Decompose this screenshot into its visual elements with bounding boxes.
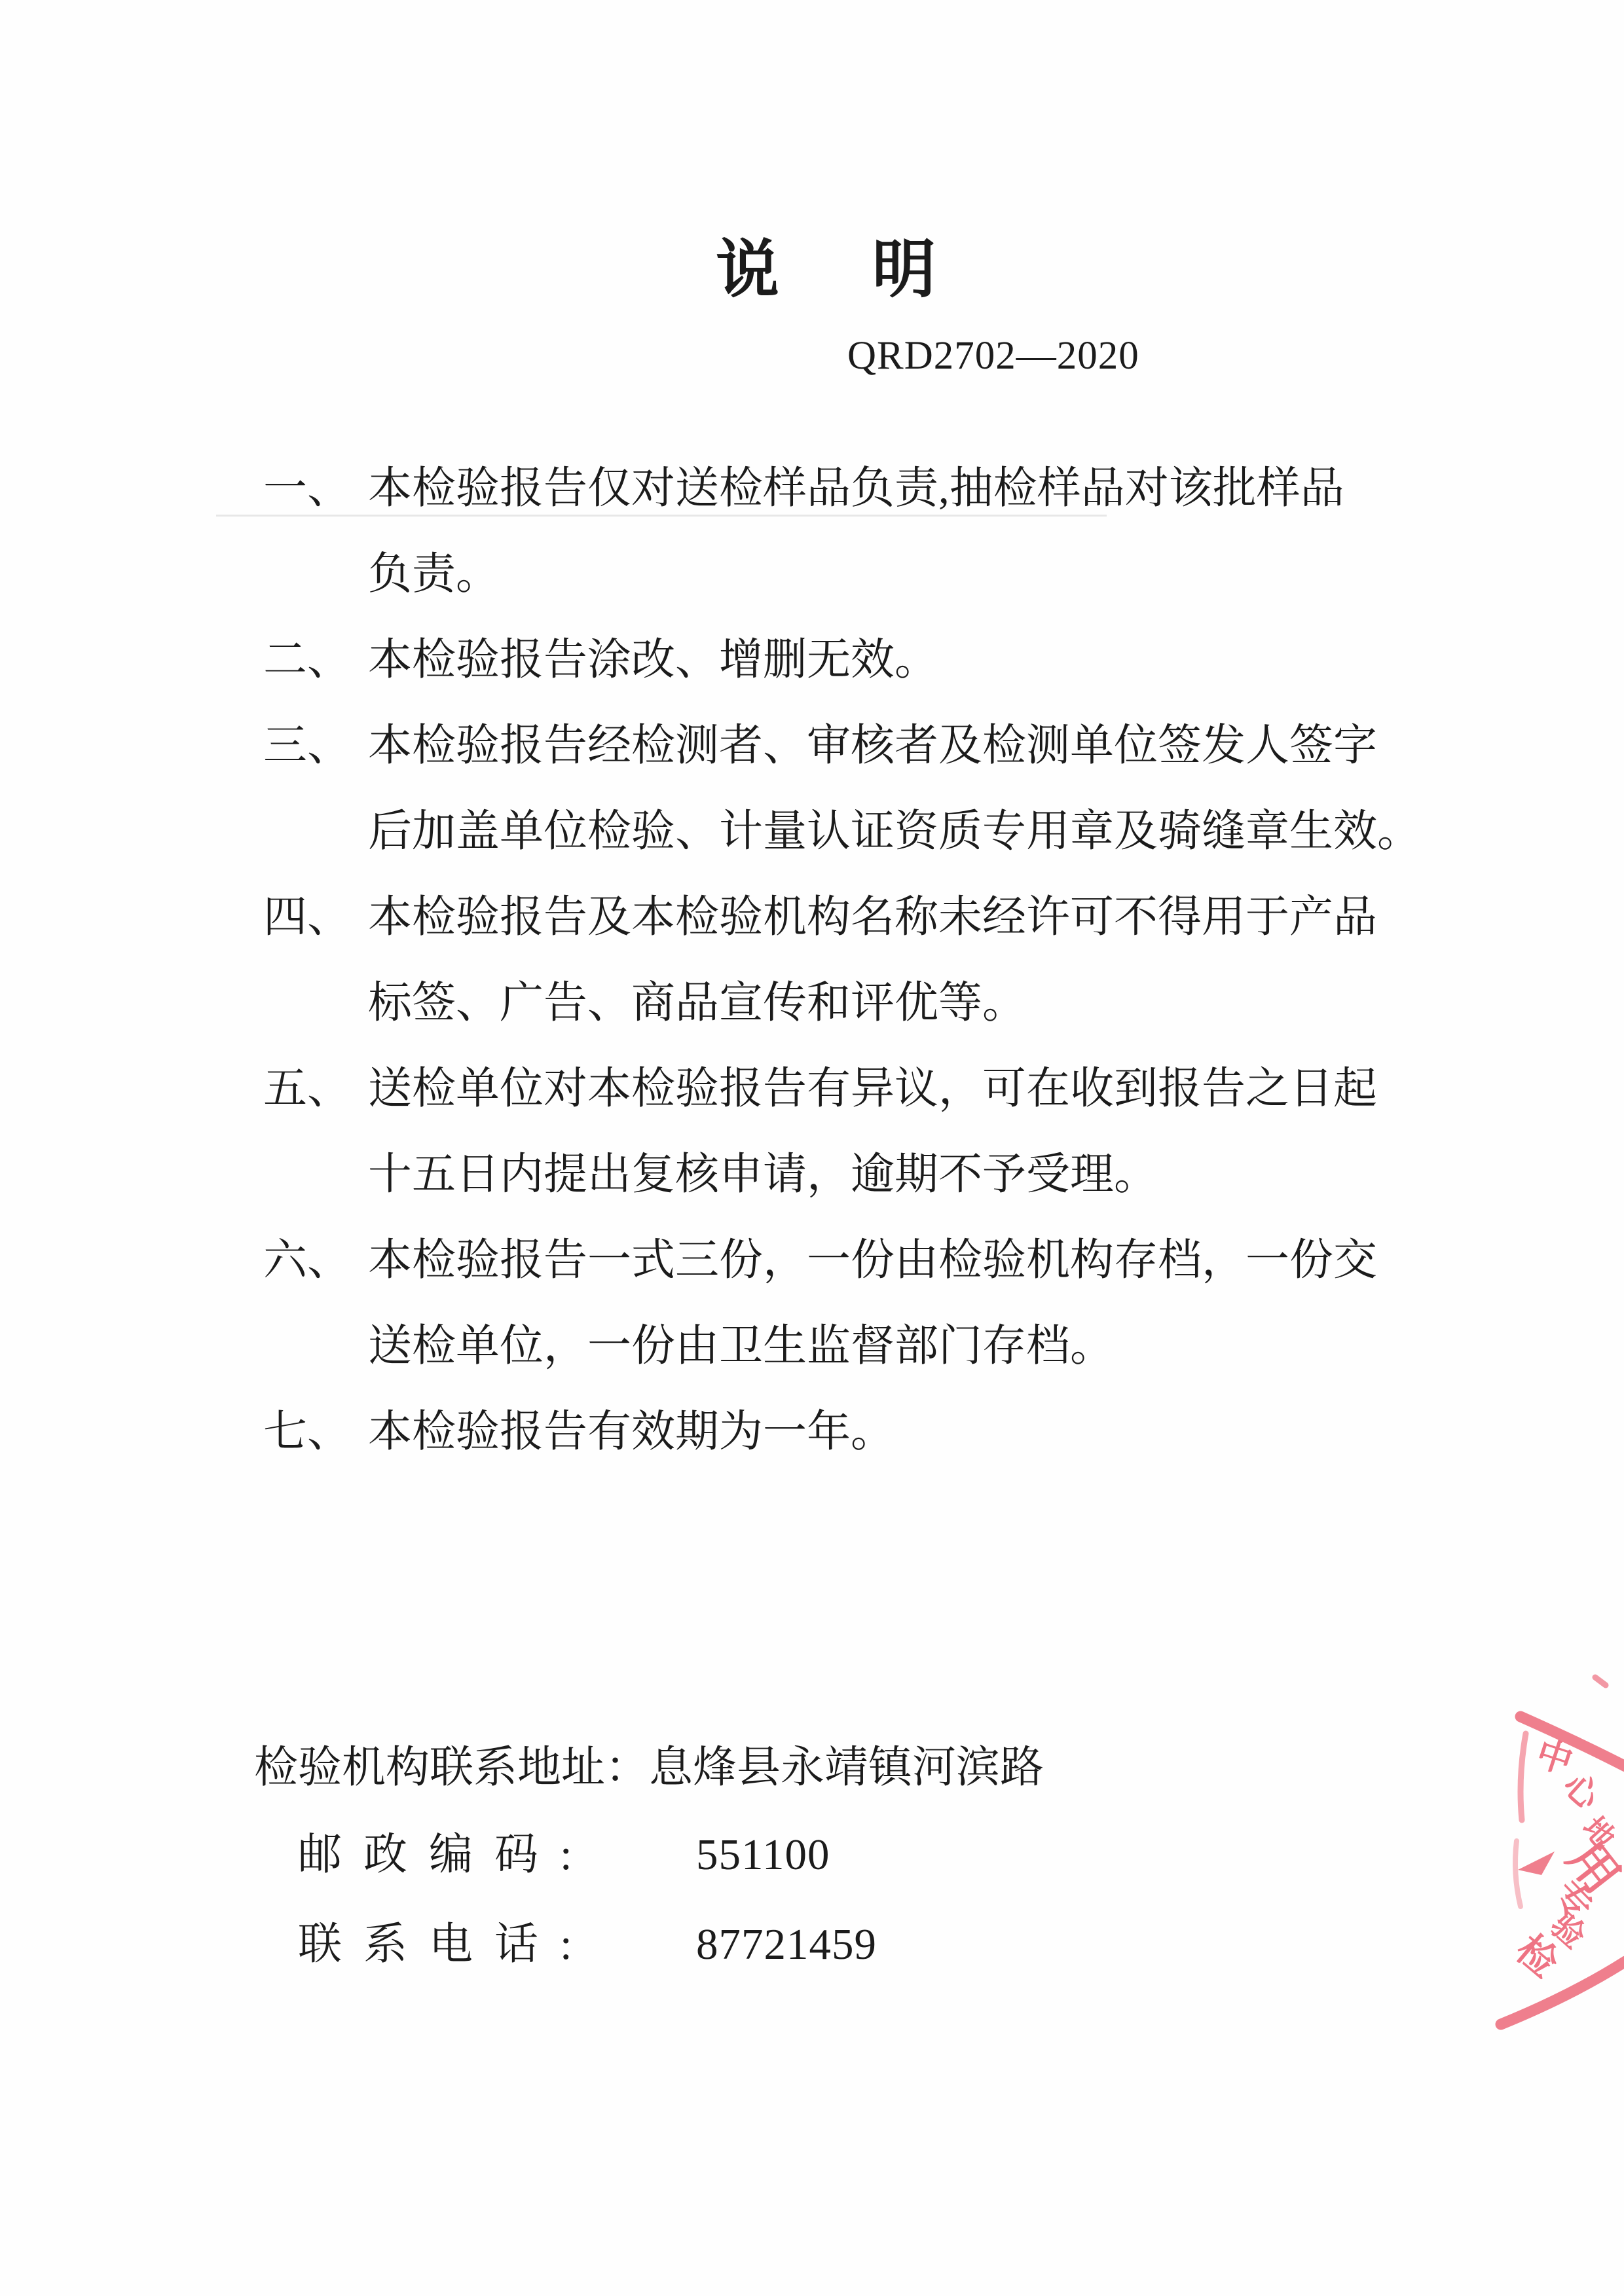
item-number: 四、: [263, 875, 368, 960]
agency-address-line: 检验机构联系地址：息烽县永靖镇河滨路: [254, 1725, 1044, 1811]
address-value: 息烽县永靖镇河滨路: [649, 1743, 1044, 1792]
phone-value: 87721459: [696, 1902, 877, 1988]
item-text: 送检单位，一份由卫生监督部门存档。: [368, 1322, 1114, 1370]
item-text: 本检验报告涂改、增删无效。: [368, 636, 938, 684]
item-text: 本检验报告仅对送检样品负责,抽检样品对该批样品: [368, 464, 1344, 513]
doc-code: QRD2702—2020: [847, 330, 1139, 382]
stamp-star-point: [1518, 1851, 1555, 1875]
address-label: 检验机构联系地址：: [254, 1743, 649, 1792]
list-item: 三、本检验报告经检测者、审核者及检测单位签发人签字 后加盖单位检验、计量认证资质…: [263, 703, 1416, 875]
item-text: 标签、广告、商品宣传和评优等。: [368, 979, 1026, 1027]
phone-label: 联系电话:: [298, 1920, 594, 1969]
item-number: 三、: [263, 703, 368, 789]
phone-line: 联系电话: 87721459: [298, 1902, 1215, 1988]
item-text: 本检验报告有效期为一年。: [368, 1408, 895, 1456]
item-text: 本检验报告及本检验机构名称未经许可不得用于产品: [368, 893, 1377, 941]
item-text: 本检验报告一式三份，一份由检验机构存档，一份交: [368, 1236, 1377, 1285]
postal-code-line: 邮政编码: 551100: [298, 1812, 1215, 1898]
document-page: 说明 QRD2702—2020 一、本检验报告仅对送检样品负责,抽检样品对该批样…: [0, 0, 1624, 2296]
postal-label: 邮政编码:: [298, 1831, 594, 1879]
item-text: 本检验报告经检测者、审核者及检测单位签发人签字: [368, 721, 1377, 770]
item-text: 送检单位对本检验报告有异议，可在收到报告之日起: [368, 1065, 1377, 1113]
postal-value: 551100: [696, 1812, 830, 1898]
item-number: 二、: [263, 617, 368, 703]
list-item: 七、本检验报告有效期为一年。: [263, 1389, 1416, 1475]
page-title: 说明: [716, 237, 1029, 304]
list-item: 一、本检验报告仅对送检样品负责,抽检样品对该批样品 负责。: [263, 446, 1416, 617]
item-number: 七、: [263, 1389, 368, 1475]
item-number: 一、: [263, 446, 368, 532]
item-text: 十五日内提出复核申请，逾期不予受理。: [368, 1150, 1158, 1199]
item-number: 五、: [263, 1046, 368, 1132]
notes-list: 一、本检验报告仅对送检样品负责,抽检样品对该批样品 负责。 二、本检验报告涂改、…: [263, 446, 1416, 1475]
item-number: 六、: [263, 1218, 368, 1303]
item-text: 负责。: [368, 550, 500, 598]
list-item: 二、本检验报告涂改、增删无效。: [263, 617, 1416, 703]
inspection-stamp-icon: 中 心 地 用 专 验 检: [1473, 1663, 1624, 2043]
list-item: 五、送检单位对本检验报告有异议，可在收到报告之日起 十五日内提出复核申请，逾期不…: [263, 1046, 1416, 1218]
item-text: 后加盖单位检验、计量认证资质专用章及骑缝章生效。: [368, 807, 1421, 856]
list-item: 六、本检验报告一式三份，一份由检验机构存档，一份交 送检单位，一份由卫生监督部门…: [263, 1218, 1416, 1389]
list-item: 四、本检验报告及本检验机构名称未经许可不得用于产品 标签、广告、商品宣传和评优等…: [263, 875, 1416, 1046]
